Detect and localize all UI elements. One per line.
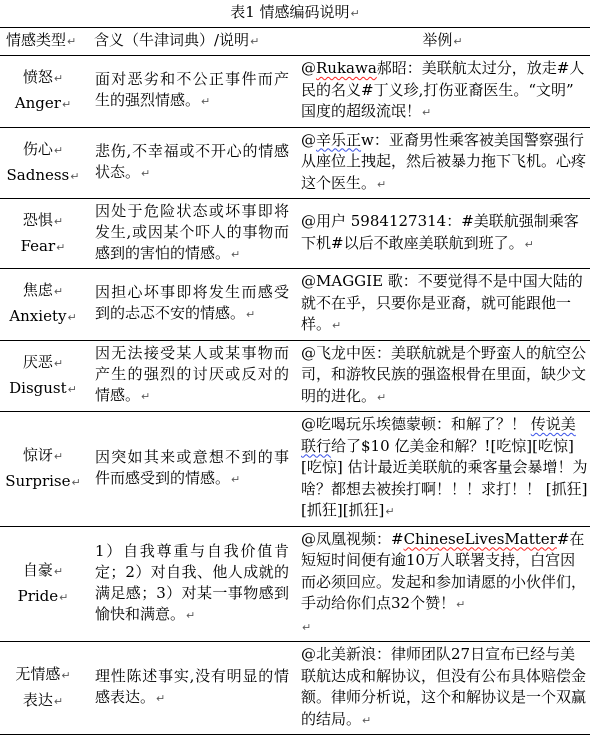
paragraph-mark: ↵ [249,35,259,48]
header-label: 情感类型 [6,31,66,49]
paragraph-mark: ↵ [200,95,210,108]
emotion-type-label: Fear [21,237,56,255]
meaning-text: 面对恶劣和不公正事件而产生的强烈情感。 [95,70,289,109]
emotion-type-cell: 厌恶↵Disgust↵ [0,340,86,412]
example-paragraph: @Rukawa郝昭：美联航太过分，放走#人民的名义#丁义珍,打伤亚裔医生。“文明… [301,58,588,124]
paragraph-mark: ↵ [185,609,195,622]
paragraph-mark: ↵ [301,621,311,634]
example-paragraph: @凤凰视频：#ChineseLivesMatter#在短短时间便有逾10万人联署… [301,529,588,616]
example-paragraph: @用户 5984127314：#美联航强制乘客下机#以后不敢座美联航到班了。↵ [301,211,588,255]
emotion-type-label: Anxiety [9,307,66,325]
emotion-type-cell: 惊讶↵Surprise↵ [0,412,86,527]
example-cell: @用户 5984127314：#美联航强制乘客下机#以后不敢座美联航到班了。↵ [295,199,590,269]
paragraph-mark: ↵ [155,692,165,705]
table-caption: 表1 情感编码说明↵ [0,0,590,27]
meaning-cell: 因突如其来或意想不到的事件而感受到的情感。↵ [86,412,295,527]
paragraph-mark: ↵ [53,565,63,578]
paragraph-mark: ↵ [53,695,63,708]
example-cell: @MAGGIE 歌：不要觉得不是中国大陆的就不在乎，只要你是亚裔，就可能跟他一样… [295,269,590,341]
example-paragraph: @吃喝玩乐埃德蒙顿：和解了？！ 传说美联行给了$10 亿美金和解？![吃惊][吃… [301,414,588,523]
empty-paragraph: ↵ [301,616,588,639]
header-cell-example: 举例↵ [295,28,590,56]
paragraph-mark: ↵ [58,591,68,604]
emotion-type-cell: 愤怒↵Anger↵ [0,56,86,128]
table-row: 恐惧↵Fear↵ 因处于危险状态或坏事即将发生,或因某个吓人的事物而感到的害怕的… [0,199,590,269]
paragraph-mark: ↵ [452,35,462,48]
example-cell: @凤凰视频：#ChineseLivesMatter#在短短时间便有逾10万人联署… [295,526,590,642]
example-cell: @吃喝玩乐埃德蒙顿：和解了？！ 传说美联行给了$10 亿美金和解？![吃惊][吃… [295,412,590,527]
paragraph-mark: ↵ [66,311,76,324]
paragraph-mark: ↵ [60,669,70,682]
meaning-cell: 理性陈述事实,没有明显的情感表达。↵ [86,642,295,735]
example-text: 给了$10 亿美金和解？![吃惊][吃惊][吃惊] 估计最近美联航的乘客量会暴增… [301,437,587,520]
example-paragraph: @MAGGIE 歌：不要觉得不是中国大陆的就不在乎，只要你是亚裔，就可能跟他一样… [301,271,588,337]
table-row: 焦虑↵Anxiety↵ 因担心坏事即将发生而感受到的忐忑不安的情感。↵ @MAG… [0,269,590,341]
paragraph-mark: ↵ [53,72,63,85]
emotion-type-label: 表达 [23,691,53,709]
example-cell: @北美新浪：律师团队27日宣布已经与美联航达成和解协议，但没有公布具体赔偿金额。… [295,642,590,735]
paragraph-mark: ↵ [245,308,255,321]
paragraph-mark: ↵ [140,390,150,403]
emotion-type-cell: 焦虑↵Anxiety↵ [0,269,86,341]
emotion-type-label: 自豪 [23,561,53,579]
meaning-text: 悲伤,不幸福或不开心的情感状态。 [95,142,289,181]
table-row: 自豪↵Pride↵ 1）自我尊重与自我价值肯定；2）对自我、他人成就的满足感；3… [0,526,590,642]
paragraph-mark: ↵ [524,238,534,251]
emotion-type-label: Sadness [7,166,70,184]
paragraph-mark: ↵ [230,248,240,261]
spellcheck-flagged-text: Rukawa [316,59,377,77]
example-text: @MAGGIE 歌：不要觉得不是中国大陆的就不在乎，只要你是亚裔，就可能跟他一样… [301,272,583,333]
meaning-text: 理性陈述事实,没有明显的情感表达。 [95,667,289,706]
paragraph-mark: ↵ [376,391,386,404]
paragraph-mark: ↵ [53,450,63,463]
paragraph-mark: ↵ [376,178,386,191]
example-text: @ [301,59,316,77]
table-caption-text: 表1 情感编码说明 [230,3,349,21]
example-text: @北美新浪：律师团队27日宣布已经与美联航达成和解协议，但没有公布具体赔偿金额。… [301,645,586,728]
example-text: @ [301,131,316,149]
meaning-cell: 1）自我尊重与自我价值肯定；2）对自我、他人成就的满足感；3）对某一事物感到愉快… [86,526,295,642]
paragraph-mark: ↵ [455,598,465,611]
example-paragraph: @飞龙中医：美联航就是个野蛮人的航空公司，和游牧民族的强盗根骨在里面，缺少文明的… [301,343,588,409]
meaning-cell: 因担心坏事即将发生而感受到的忐忑不安的情感。↵ [86,269,295,341]
header-cell-emotion-type: 情感类型↵ [0,28,86,56]
example-cell: @Rukawa郝昭：美联航太过分，放走#人民的名义#丁义珍,打伤亚裔医生。“文明… [295,56,590,128]
emotion-type-label: 无情感 [15,665,60,683]
emotion-type-label: 厌恶 [23,353,53,371]
example-cell: @飞龙中医：美联航就是个野蛮人的航空公司，和游牧民族的强盗根骨在里面，缺少文明的… [295,340,590,412]
example-cell: @辛乐正w：亚裔男性乘客被美国警察强行从座位上拽起，然后被暴力拖下飞机。心疼这个… [295,127,590,199]
spellcheck-flagged-text: 辛乐正 [316,131,361,149]
header-label: 举例 [422,31,452,49]
emotion-type-cell: 恐惧↵Fear↵ [0,199,86,269]
emotion-type-label: 恐惧 [23,211,53,229]
emotion-type-label: Disgust [9,379,67,397]
paragraph-mark: ↵ [53,285,63,298]
emotion-type-label: Pride [18,587,59,605]
paragraph-mark: ↵ [66,35,76,48]
paragraph-mark: ↵ [67,383,77,396]
paragraph-mark: ↵ [71,476,81,489]
paragraph-mark: ↵ [421,106,431,119]
meaning-cell: 悲伤,不幸福或不开心的情感状态。↵ [86,127,295,199]
paragraph-mark: ↵ [55,241,65,254]
header-cell-meaning: 含义（牛津词典）/说明↵ [86,28,295,56]
paragraph-mark: ↵ [361,714,371,727]
emotion-type-label: 伤心 [23,140,53,158]
example-text: @吃喝玩乐埃德蒙顿：和解了？！ [301,415,531,433]
table-row: 厌恶↵Disgust↵ 因无法接受某人或某事物而产生的强烈的讨厌或反对的情感。↵… [0,340,590,412]
meaning-text: 因担心坏事即将发生而感受到的忐忑不安的情感。 [95,283,289,322]
emotion-type-label: 愤怒 [23,68,53,86]
example-text: @用户 5984127314：#美联航强制乘客下机#以后不敢座美联航到班了。 [301,212,579,252]
emotion-type-cell: 无情感↵表达↵ [0,642,86,735]
meaning-text: 因无法接受某人或某事物而产生的强烈的讨厌或反对的情感。 [95,344,289,404]
paragraph-mark: ↵ [53,144,63,157]
paragraph-mark: ↵ [69,170,79,183]
paragraph-mark: ↵ [140,167,150,180]
example-text: @凤凰视频：# [301,530,404,548]
meaning-text: 因处于危险状态或坏事即将发生,或因某个吓人的事物而感到的害怕的情感。 [95,202,289,262]
table-row: 伤心↵Sadness↵ 悲伤,不幸福或不开心的情感状态。↵ @辛乐正w：亚裔男性… [0,127,590,199]
meaning-cell: 面对恶劣和不公正事件而产生的强烈情感。↵ [86,56,295,128]
paragraph-mark: ↵ [230,473,240,486]
example-text: @飞龙中医：美联航就是个野蛮人的航空公司，和游牧民族的强盗根骨在里面，缺少文明的… [301,344,586,405]
emotion-type-cell: 自豪↵Pride↵ [0,526,86,642]
example-paragraph: @辛乐正w：亚裔男性乘客被美国警察强行从座位上拽起，然后被暴力拖下飞机。心疼这个… [301,130,588,196]
emotion-coding-table: 情感类型↵ 含义（牛津词典）/说明↵ 举例↵ 愤怒↵Anger↵ 面对恶劣和不公… [0,27,590,735]
emotion-type-label: Anger [15,94,61,112]
emotion-type-cell: 伤心↵Sadness↵ [0,127,86,199]
table-row: 惊讶↵Surprise↵ 因突如其来或意想不到的事件而感受到的情感。↵ @吃喝玩… [0,412,590,527]
meaning-cell: 因无法接受某人或某事物而产生的强烈的讨厌或反对的情感。↵ [86,340,295,412]
paragraph-mark: ↵ [384,505,394,518]
meaning-text: 因突如其来或意想不到的事件而感受到的情感。 [95,448,289,487]
emotion-type-label: 焦虑 [23,281,53,299]
emotion-type-label: 惊讶 [23,446,53,464]
emotion-type-label: Surprise [5,472,70,490]
paragraph-mark: ↵ [331,319,341,332]
spellcheck-flagged-text: ChineseLivesMatter [404,530,557,548]
paragraph-mark: ↵ [53,215,63,228]
paragraph-mark: ↵ [350,7,360,20]
table-header-row: 情感类型↵ 含义（牛津词典）/说明↵ 举例↵ [0,28,590,56]
table-row: 愤怒↵Anger↵ 面对恶劣和不公正事件而产生的强烈情感。↵ @Rukawa郝昭… [0,56,590,128]
header-label: 含义（牛津词典）/说明 [94,31,249,49]
meaning-cell: 因处于危险状态或坏事即将发生,或因某个吓人的事物而感到的害怕的情感。↵ [86,199,295,269]
paragraph-mark: ↵ [61,98,71,111]
paragraph-mark: ↵ [53,357,63,370]
example-paragraph: @北美新浪：律师团队27日宣布已经与美联航达成和解协议，但没有公布具体赔偿金额。… [301,644,588,731]
table-row: 无情感↵表达↵ 理性陈述事实,没有明显的情感表达。↵ @北美新浪：律师团队27日… [0,642,590,735]
